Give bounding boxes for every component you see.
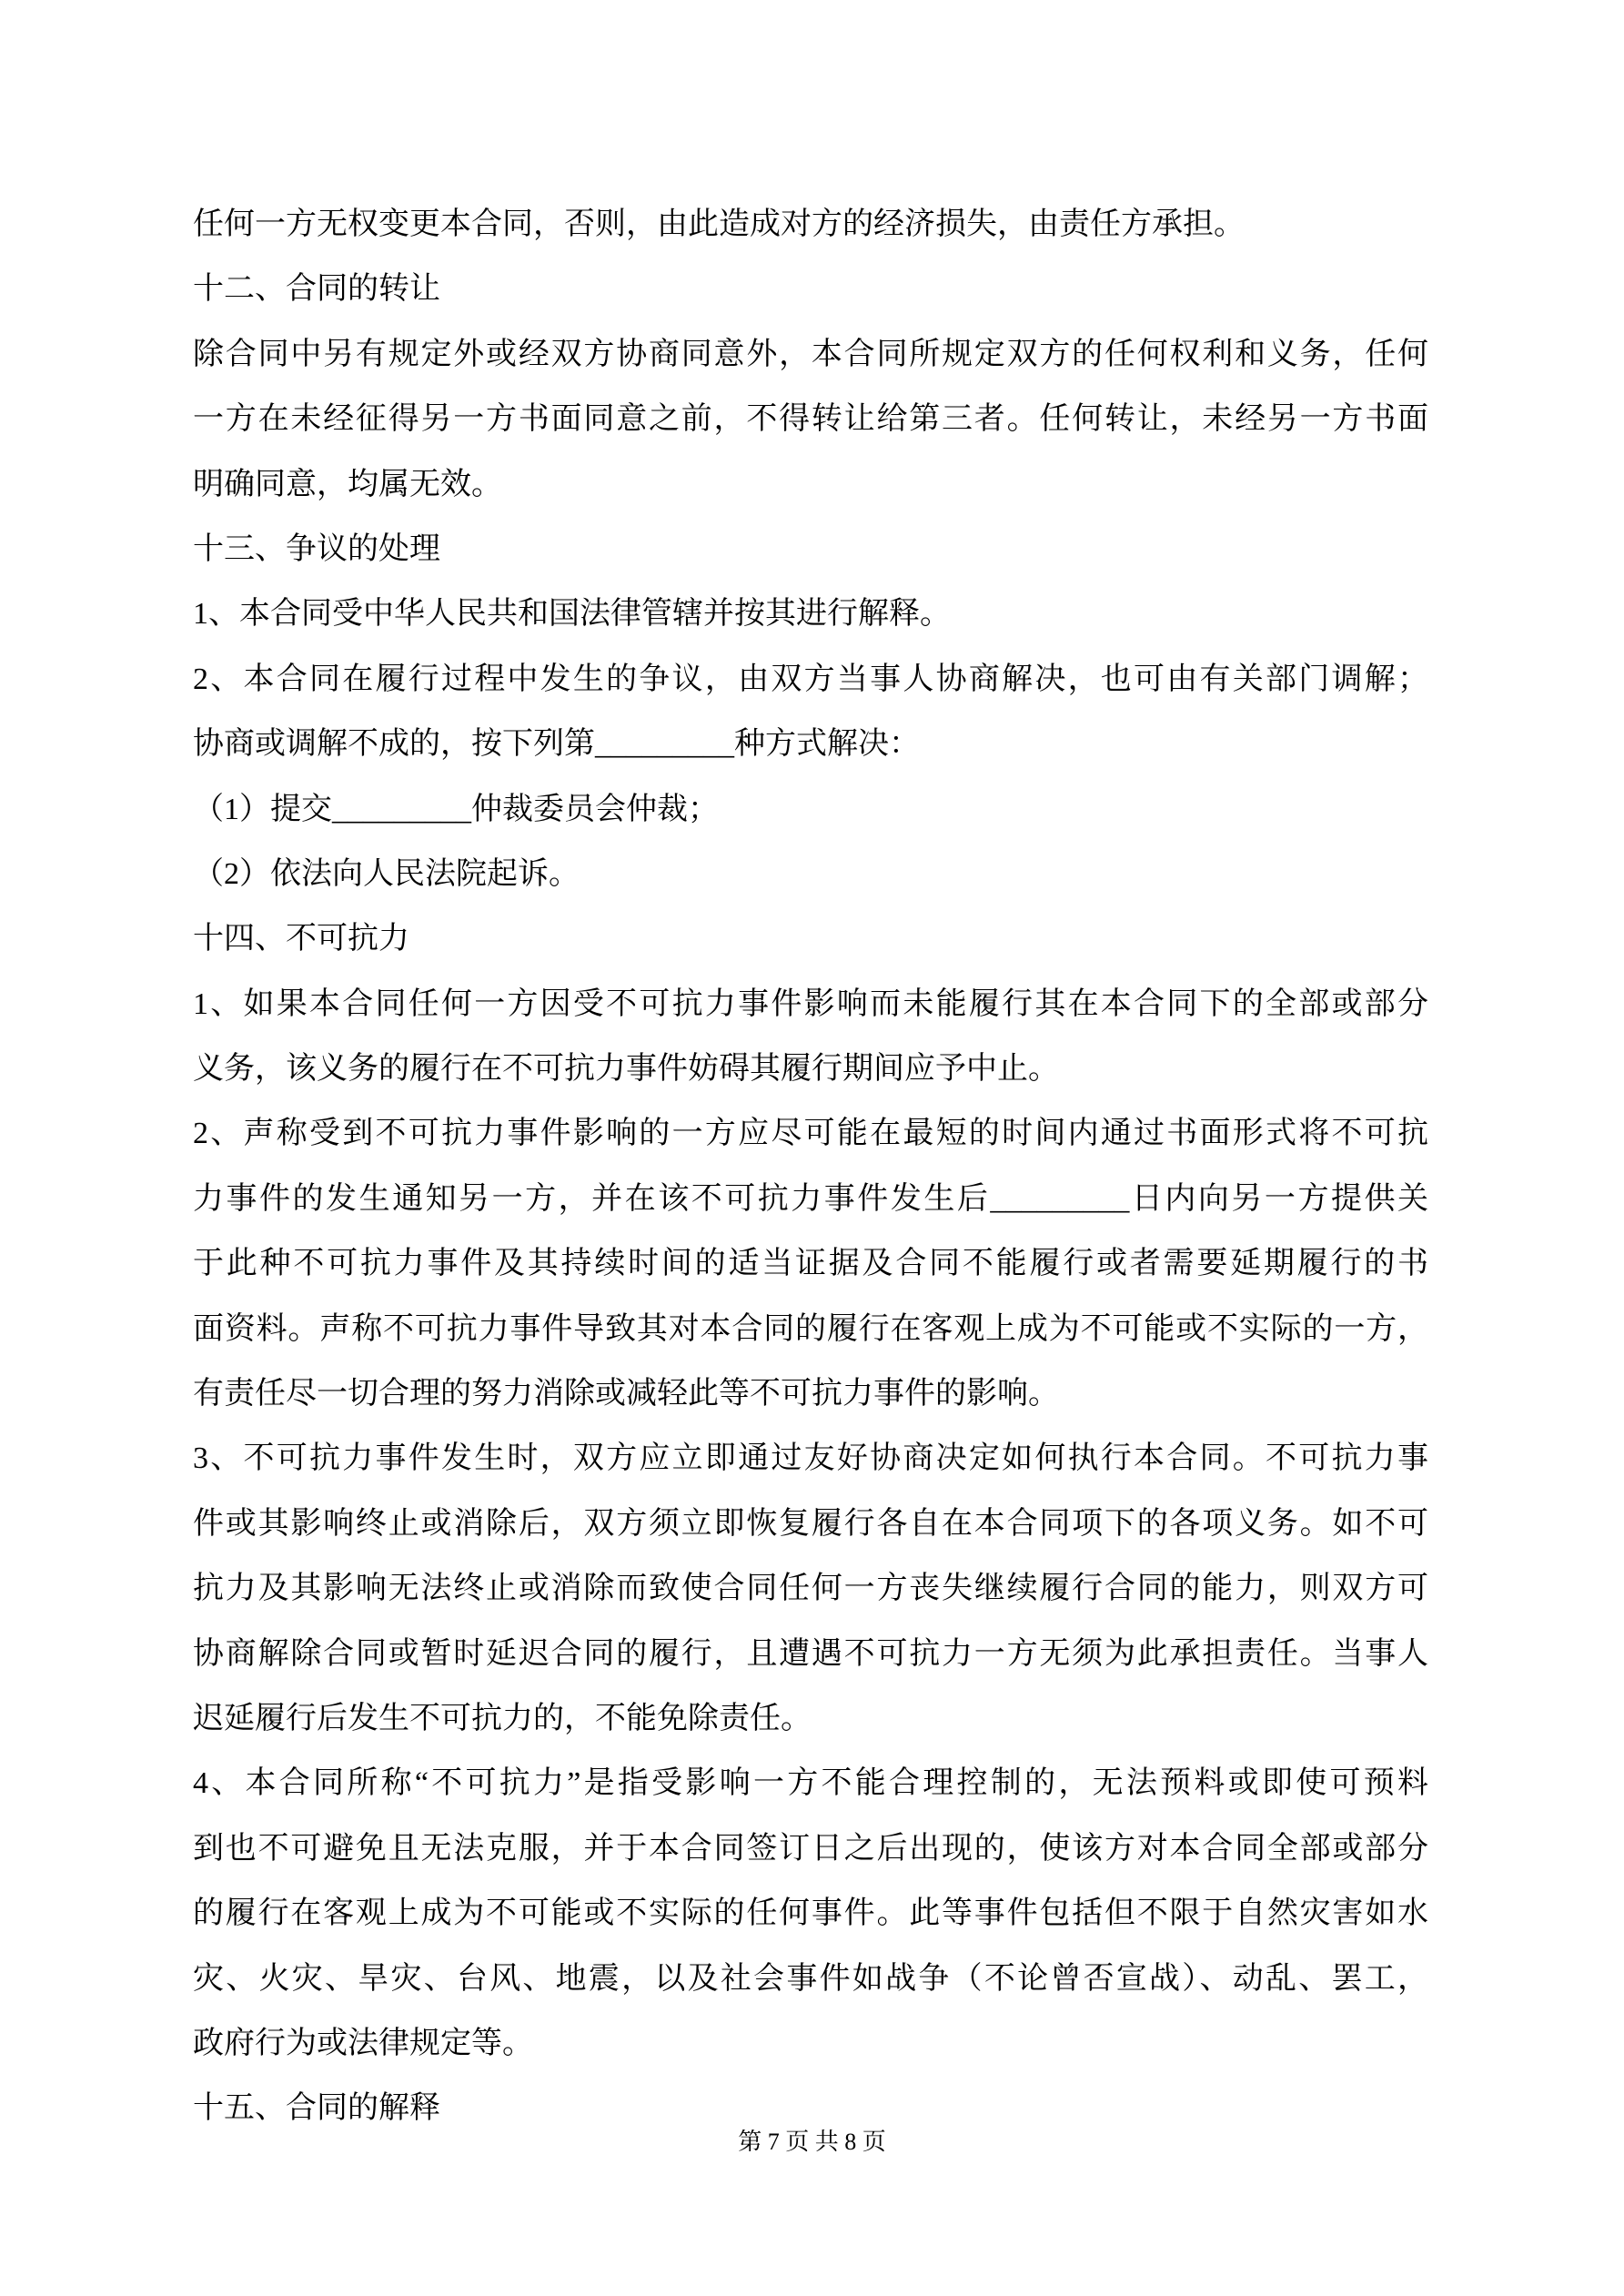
text-line: （1）提交_________仲裁委员会仲裁； — [193, 777, 1428, 842]
text-line: 到也不可避免且无法克服，并于本合同签订日之后出现的，使该方对本合同全部或部分 — [193, 1816, 1428, 1881]
document-page: 任何一方无权变更本合同，否则，由此造成对方的经济损失，由责任方承担。十二、合同的… — [0, 0, 1624, 2296]
text-line: 件或其影响终止或消除后，双方须立即恢复履行各自在本合同项下的各项义务。如不可 — [193, 1492, 1428, 1556]
text-line: 抗力及其影响无法终止或消除而致使合同任何一方丧失继续履行合同的能力，则双方可 — [193, 1556, 1428, 1621]
text-line: 除合同中另有规定外或经双方协商同意外，本合同所规定双方的任何权利和义务，任何 — [193, 322, 1428, 387]
text-line: 1、本合同受中华人民共和国法律管辖并按其进行解释。 — [193, 582, 1428, 646]
text-line: 一方在未经征得另一方书面同意之前，不得转让给第三者。任何转让，未经另一方书面 — [193, 387, 1428, 451]
text-line: 任何一方无权变更本合同，否则，由此造成对方的经济损失，由责任方承担。 — [193, 192, 1428, 257]
text-line: 十三、争议的处理 — [193, 517, 1428, 582]
text-line: 义务，该义务的履行在不可抗力事件妨碍其履行期间应予中止。 — [193, 1037, 1428, 1101]
text-line: 十四、不可抗力 — [193, 906, 1428, 971]
text-line: 协商解除合同或暂时延迟合同的履行，且遭遇不可抗力一方无须为此承担责任。当事人 — [193, 1622, 1428, 1686]
text-line: 于此种不可抗力事件及其持续时间的适当证据及合同不能履行或者需要延期履行的书 — [193, 1231, 1428, 1296]
text-line: 2、本合同在履行过程中发生的争议，由双方当事人协商解决，也可由有关部门调解； — [193, 647, 1428, 712]
text-line: 迟延履行后发生不可抗力的，不能免除责任。 — [193, 1686, 1428, 1751]
text-line: 协商或调解不成的，按下列第_________种方式解决： — [193, 712, 1428, 776]
text-line: 3、不可抗力事件发生时，双方应立即通过友好协商决定如何执行本合同。不可抗力事 — [193, 1426, 1428, 1491]
text-line: 2、声称受到不可抗力事件影响的一方应尽可能在最短的时间内通过书面形式将不可抗 — [193, 1101, 1428, 1166]
text-line: 4、本合同所称“不可抗力”是指受影响一方不能合理控制的，无法预料或即使可预料 — [193, 1751, 1428, 1816]
text-line: 灾、火灾、旱灾、台风、地震，以及社会事件如战争（不论曾否宣战）、动乱、罢工， — [193, 1947, 1428, 2011]
document-body: 任何一方无权变更本合同，否则，由此造成对方的经济损失，由责任方承担。十二、合同的… — [193, 192, 1428, 2141]
text-line: 的履行在客观上成为不可能或不实际的任何事件。此等事件包括但不限于自然灾害如水 — [193, 1881, 1428, 1946]
text-line: 政府行为或法律规定等。 — [193, 2011, 1428, 2076]
text-line: 十二、合同的转让 — [193, 257, 1428, 321]
text-line: 面资料。声称不可抗力事件导致其对本合同的履行在客观上成为不可能或不实际的一方， — [193, 1297, 1428, 1361]
page-footer: 第 7 页 共 8 页 — [0, 2128, 1624, 2157]
text-line: 有责任尽一切合理的努力消除或减轻此等不可抗力事件的影响。 — [193, 1361, 1428, 1426]
text-line: 1、如果本合同任何一方因受不可抗力事件影响而未能履行其在本合同下的全部或部分 — [193, 972, 1428, 1037]
text-line: 力事件的发生通知另一方，并在该不可抗力事件发生后_________日内向另一方提… — [193, 1167, 1428, 1231]
text-line: 明确同意，均属无效。 — [193, 452, 1428, 517]
text-line: （2）依法向人民法院起诉。 — [193, 842, 1428, 906]
